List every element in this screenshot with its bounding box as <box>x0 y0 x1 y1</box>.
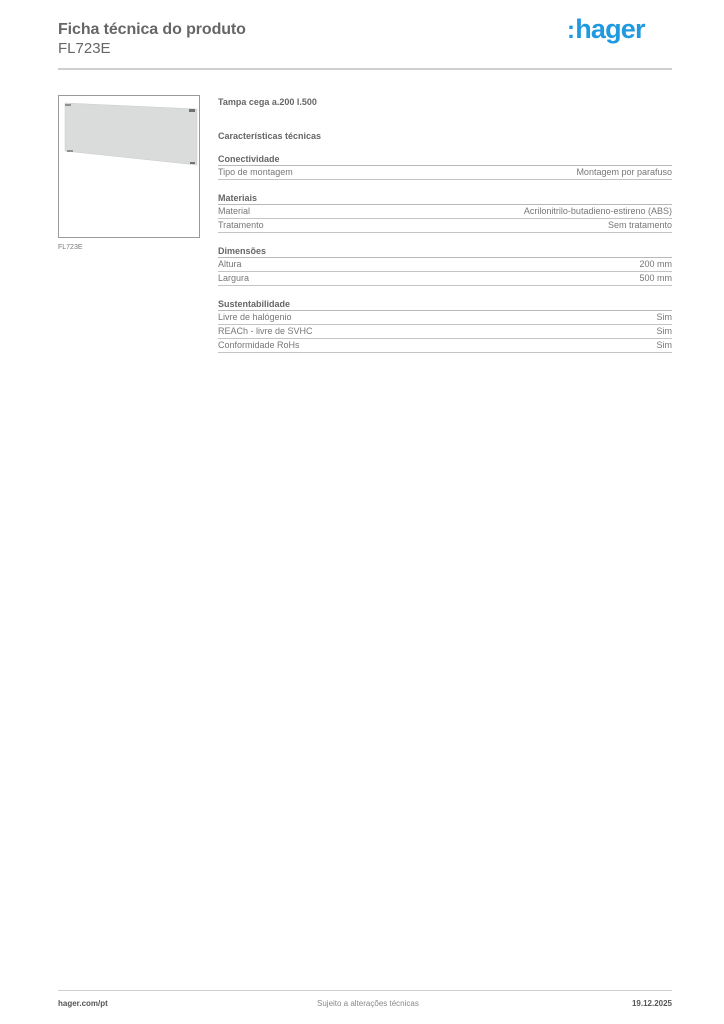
footer-notice: Sujeito a alterações técnicas <box>317 999 419 1008</box>
screw-icon <box>67 150 73 152</box>
footer-date: 19.12.2025 <box>632 999 672 1008</box>
spec-group-title: Conectividade <box>218 153 672 166</box>
spec-value: Sim <box>657 339 673 352</box>
spec-row: TratamentoSem tratamento <box>218 219 672 233</box>
header-divider <box>58 68 672 70</box>
spec-group: MateriaisMaterialAcrilonitrilo-butadieno… <box>218 192 672 233</box>
spec-row: Conformidade RoHsSim <box>218 339 672 353</box>
spec-label: Livre de halógenio <box>218 311 292 324</box>
hager-logo: :hager <box>567 14 645 45</box>
spec-row: Altura200 mm <box>218 258 672 272</box>
spec-group-title: Materiais <box>218 192 672 205</box>
spec-group: SustentabilidadeLivre de halógenioSimREA… <box>218 298 672 353</box>
spec-row: Tipo de montagemMontagem por parafuso <box>218 166 672 180</box>
spec-value: Sim <box>657 325 673 338</box>
spec-row: REACh - livre de SVHCSim <box>218 325 672 339</box>
cover-panel-illustration <box>59 96 199 237</box>
spec-label: Tratamento <box>218 219 264 232</box>
spec-label: Material <box>218 205 250 218</box>
document-title: Ficha técnica do produto <box>58 21 246 39</box>
logo-text: hager <box>575 14 645 44</box>
footer-website: hager.com/pt <box>58 999 108 1008</box>
product-name: Tampa cega a.200 l.500 <box>218 95 672 109</box>
spec-group-title: Dimensões <box>218 245 672 258</box>
spec-group-title: Sustentabilidade <box>218 298 672 311</box>
screw-icon <box>190 162 195 164</box>
logo-colon: : <box>567 17 574 44</box>
spec-label: Largura <box>218 272 249 285</box>
spec-group: DimensõesAltura200 mmLargura500 mm <box>218 245 672 286</box>
spec-groups: ConectividadeTipo de montagemMontagem po… <box>218 153 672 353</box>
spec-row: Livre de halógenioSim <box>218 311 672 325</box>
spec-value: 200 mm <box>639 258 672 271</box>
spec-value: Sem tratamento <box>608 219 672 232</box>
spec-value: Acrilonitrilo-butadieno-estireno (ABS) <box>524 205 672 218</box>
spec-label: Conformidade RoHs <box>218 339 300 352</box>
image-caption: FL723E <box>58 244 83 251</box>
screw-icon <box>189 109 195 112</box>
screw-icon <box>65 104 71 106</box>
spec-row: Largura500 mm <box>218 272 672 286</box>
spec-value: Sim <box>657 311 673 324</box>
spec-group: ConectividadeTipo de montagemMontagem po… <box>218 153 672 180</box>
product-code: FL723E <box>58 40 111 57</box>
technical-specs: Tampa cega a.200 l.500 Características t… <box>218 95 672 353</box>
section-heading: Características técnicas <box>218 129 672 143</box>
spec-label: REACh - livre de SVHC <box>218 325 313 338</box>
spec-value: 500 mm <box>639 272 672 285</box>
spec-label: Tipo de montagem <box>218 166 293 179</box>
footer-divider <box>58 990 672 991</box>
spec-row: MaterialAcrilonitrilo-butadieno-estireno… <box>218 205 672 219</box>
spec-value: Montagem por parafuso <box>576 166 672 179</box>
product-image <box>58 95 200 238</box>
spec-label: Altura <box>218 258 242 271</box>
